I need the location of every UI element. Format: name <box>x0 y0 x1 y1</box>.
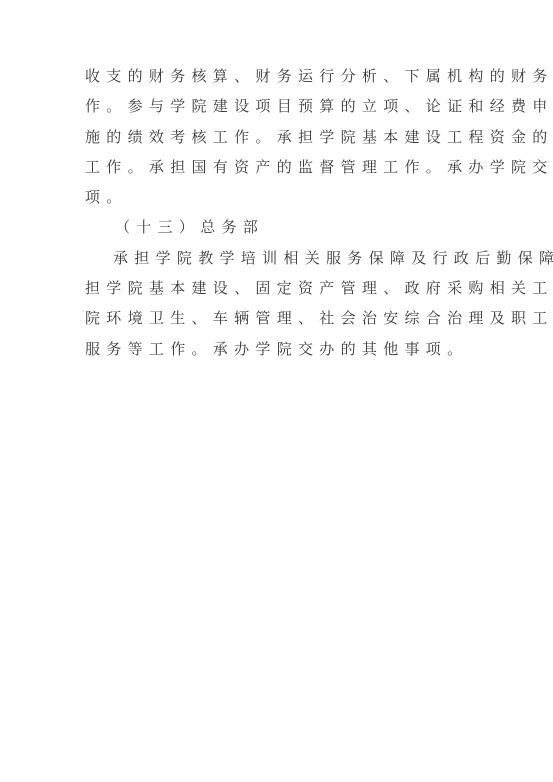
paragraph-line: 项。 <box>85 182 471 212</box>
paragraph-line: 工作。承担国有资产的监督管理工作。承办学院交办的其他事 <box>85 152 471 182</box>
paragraph-line: 服务等工作。承办学院交办的其他事项。 <box>85 334 471 364</box>
paragraph-line: 施的绩效考核工作。承担学院基本建设工程资金的核算和管理 <box>85 122 471 152</box>
section-heading: （十三）总务部 <box>85 212 471 242</box>
document-page: 收支的财务核算、财务运行分析、下属机构的财务监督审计工 作。参与学院建设项目预算… <box>85 61 471 364</box>
paragraph-line: 收支的财务核算、财务运行分析、下属机构的财务监督审计工 <box>85 61 471 91</box>
paragraph-line: 院环境卫生、车辆管理、社会治安综合治理及职工宿舍区物业 <box>85 303 471 333</box>
paragraph-line: 承担学院教学培训相关服务保障及行政后勤保障工作；承 <box>85 243 471 273</box>
continued-paragraph: 收支的财务核算、财务运行分析、下属机构的财务监督审计工 作。参与学院建设项目预算… <box>85 61 471 212</box>
paragraph-line: 担学院基本建设、固定资产管理、政府采购相关工作。承担学 <box>85 273 471 303</box>
section-general-affairs: （十三）总务部 承担学院教学培训相关服务保障及行政后勤保障工作；承 担学院基本建… <box>85 212 471 363</box>
paragraph-line: 作。参与学院建设项目预算的立项、论证和经费申请及项目实 <box>85 91 471 121</box>
